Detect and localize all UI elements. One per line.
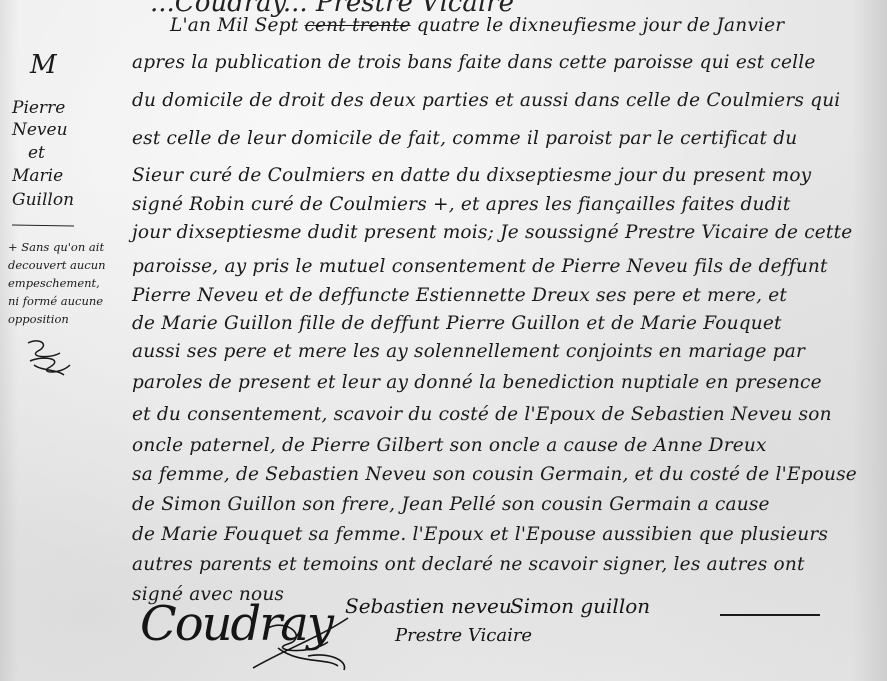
body-line: jour dixseptiesme dudit present mois; Je… — [132, 222, 852, 243]
body-line: du domicile de droit des deux parties et… — [132, 90, 840, 111]
margin-paraph-flourish-icon — [20, 335, 80, 380]
margin-note-line: empeschement, — [8, 276, 100, 290]
body-line: oncle paternel, de Pierre Gilbert son on… — [132, 435, 767, 456]
struck-text: cent trente — [304, 15, 410, 36]
margin-groom-first-name: Pierre — [12, 98, 65, 118]
signature-title-prestre-vicaire: Prestre Vicaire — [395, 625, 532, 646]
signature-flourish-icon — [248, 608, 368, 678]
margin-bride-surname: Guillon — [12, 190, 74, 210]
margin-conjunction: et — [28, 143, 45, 163]
signature-simon-guillon: Simon guillon — [510, 594, 650, 618]
margin-underline — [12, 224, 74, 226]
margin-entry-marker: M — [30, 50, 57, 80]
body-line: de Marie Guillon fille de deffunt Pierre… — [132, 313, 782, 334]
signature-sebastien-neveu: Sebastien neveu — [345, 594, 512, 618]
body-line: sa femme, de Sebastien Neveu son cousin … — [132, 464, 857, 485]
body-line: signé Robin curé de Coulmiers +, et apre… — [132, 194, 790, 215]
body-line: L'an Mil Sept cent trente quatre le dixn… — [170, 15, 784, 36]
body-line: Sieur curé de Coulmiers en datte du dixs… — [132, 165, 811, 186]
body-line: apres la publication de trois bans faite… — [132, 52, 816, 73]
body-line: de Marie Fouquet sa femme. l'Epoux et l'… — [132, 524, 828, 545]
margin-note-line: ni formé aucune — [8, 294, 103, 308]
margin-note-line: + Sans qu'on ait — [8, 240, 104, 254]
margin-groom-surname: Neveu — [12, 120, 68, 140]
body-line: de Simon Guillon son frere, Jean Pellé s… — [132, 494, 770, 515]
margin-bride-first-name: Marie — [12, 166, 63, 186]
body-line: est celle de leur domicile de fait, comm… — [132, 128, 797, 149]
body-line-pre: L'an Mil Sept — [170, 15, 304, 36]
body-line-post: quatre le dixneufiesme jour de Janvier — [411, 15, 785, 36]
body-line: Pierre Neveu et de deffuncte Estiennette… — [132, 285, 787, 306]
body-line: et du consentement, scavoir du costé de … — [132, 404, 832, 425]
register-page: ...Coudray... Prestre Vicaire M Pierre N… — [0, 0, 887, 681]
body-line: aussi ses pere et mere les ay solennelle… — [132, 341, 805, 362]
signature-closing-rule — [720, 614, 820, 616]
body-line: autres parents et temoins ont declaré ne… — [132, 554, 805, 575]
body-line: paroles de present et leur ay donné la b… — [132, 372, 822, 393]
body-line: paroisse, ay pris le mutuel consentement… — [132, 256, 828, 277]
margin-note-line: decouvert aucun — [8, 258, 106, 272]
margin-note-line: opposition — [8, 312, 69, 326]
